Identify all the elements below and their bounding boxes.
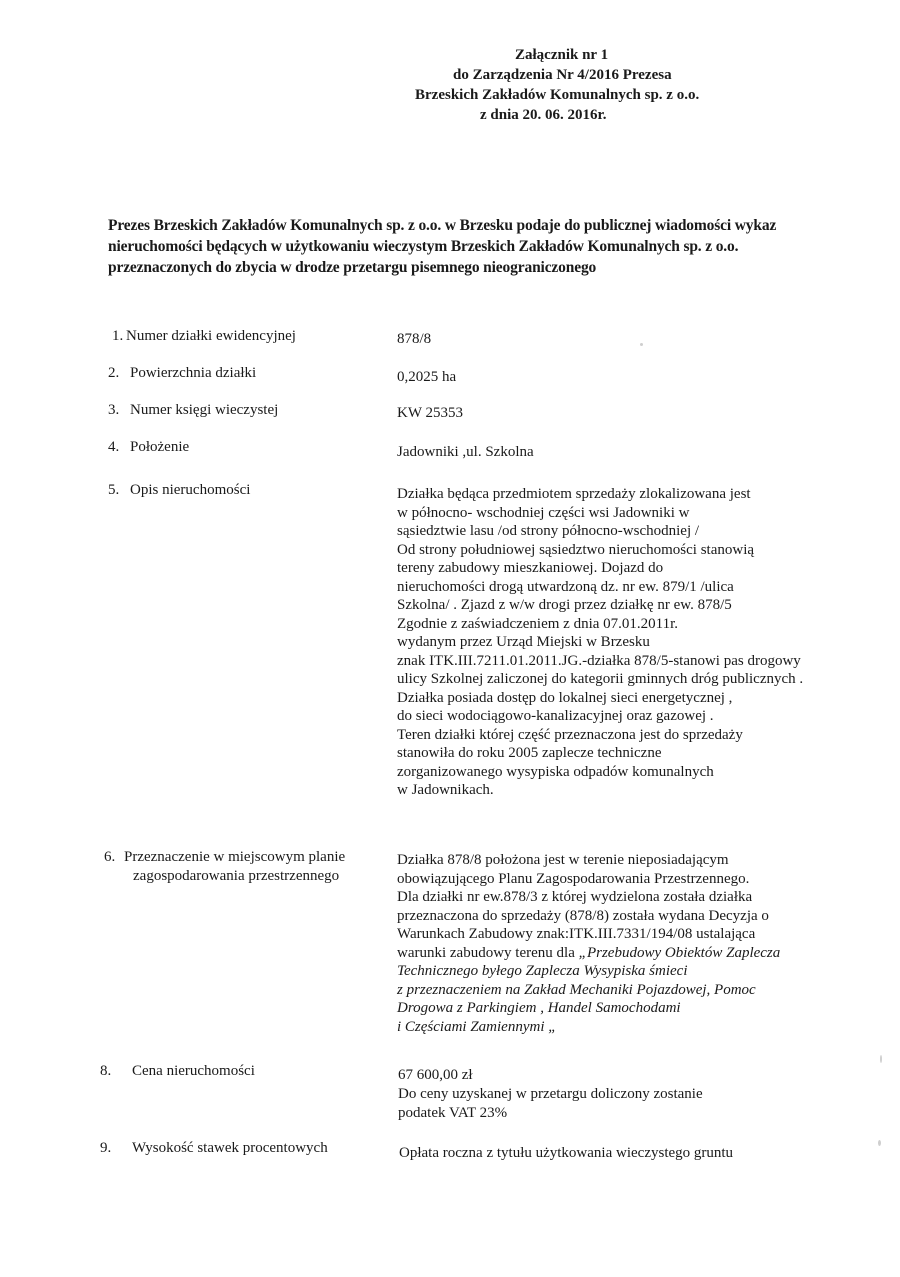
item-value: Jadowniki ,ul. Szkolna [397,443,534,462]
zoning-line: obowiązującego Planu Zagospodarowania Pr… [397,870,780,889]
item-label: Numer księgi wieczystej [130,401,278,420]
item-number: 2. [108,364,119,383]
desc-line: Działka posiada dostęp do lokalnej sieci… [397,689,803,708]
item-number: 6. [104,848,115,867]
desc-line: Od strony południowej sąsiedztwo nieruch… [397,541,803,560]
item-number: 9. [100,1139,111,1158]
zoning-italic-line: „Przebudowy Obiektów Zaplecza [579,945,781,961]
price-vat: podatek VAT 23% [398,1104,703,1123]
zoning-line: Działka 878/8 położona jest w terenie ni… [397,851,780,870]
item-number: 3. [108,401,119,420]
intro-line-1: Prezes Brzeskich Zakładów Komunalnych sp… [108,215,888,236]
item-number: 1. [112,327,123,346]
desc-line: tereny zabudowy mieszkaniowej. Dojazd do [397,559,803,578]
desc-line: Zgodnie z zaświadczeniem z dnia 07.01.20… [397,615,803,634]
zoning-italic-line: Technicznego byłego Zaplecza Wysypiska ś… [397,962,780,981]
zoning-line: Warunkach Zabudowy znak:ITK.III.7331/194… [397,925,780,944]
item-value: 0,2025 ha [397,368,456,387]
desc-line: ulicy Szkolnej zaliczonej do kategorii g… [397,670,803,689]
item-value: Działka będąca przedmiotem sprzedaży zlo… [397,485,803,800]
item-number: 8. [100,1062,111,1081]
item-label: Cena nieruchomości [132,1062,255,1081]
desc-line: stanowiła do roku 2005 zaplecze technicz… [397,744,803,763]
item-value: Działka 878/8 położona jest w terenie ni… [397,851,780,1036]
zoning-line: Dla działki nr ew.878/3 z której wydziel… [397,888,780,907]
zoning-italic-line: z przeznaczeniem na Zakład Mechaniki Poj… [397,981,780,1000]
zoning-italic-line: Drogowa z Parkingiem , Handel Samochodam… [397,999,780,1018]
desc-line: wydanym przez Urząd Miejski w Brzesku [397,633,803,652]
intro-paragraph: Prezes Brzeskich Zakładów Komunalnych sp… [108,215,888,278]
desc-line: w północno- wschodniej części wsi Jadown… [397,504,803,523]
scan-speck [880,1055,882,1063]
scan-speck [640,343,643,346]
intro-line-3: przeznaczonych do zbycia w drodze przeta… [108,257,888,278]
scan-speck [878,1140,881,1146]
desc-line: do sieci wodociągowo-kanalizacyjnej oraz… [397,707,803,726]
item-value: 67 600,00 zł Do ceny uzyskanej w przetar… [398,1066,703,1123]
item-number: 4. [108,438,119,457]
desc-line: Szkolna/ . Zjazd z w/w drogi przez dział… [397,596,803,615]
item-label: Numer działki ewidencyjnej [126,327,296,346]
zoning-line: przeznaczona do sprzedaży (878/8) został… [397,907,780,926]
item-value: 878/8 [397,330,431,349]
header-line-3: Brzeskich Zakładów Komunalnych sp. z o.o… [415,86,699,105]
header-line-2: do Zarządzenia Nr 4/2016 Prezesa [453,66,672,85]
desc-line: sąsiedztwie lasu /od strony północno-wsc… [397,522,803,541]
item-label: Wysokość stawek procentowych [132,1139,328,1158]
item-value: KW 25353 [397,404,463,423]
item-value: Opłata roczna z tytułu użytkowania wiecz… [399,1144,733,1163]
item-label: Przeznaczenie w miejscowym planie [124,848,345,867]
item-label: Powierzchnia działki [130,364,256,383]
desc-line: Teren działki której część przeznaczona … [397,726,803,745]
desc-line: w Jadownikach. [397,781,803,800]
desc-line: znak ITK.III.7211.01.2011.JG.-działka 87… [397,652,803,671]
zoning-italic-line: i Częściami Zamiennymi „ [397,1018,780,1037]
price-note: Do ceny uzyskanej w przetargu doliczony … [398,1085,703,1104]
desc-line: Działka będąca przedmiotem sprzedaży zlo… [397,485,803,504]
zoning-line: warunki zabudowy terenu dla [397,945,579,961]
item-label: Opis nieruchomości [130,481,250,500]
header-line-4: z dnia 20. 06. 2016r. [480,106,607,125]
desc-line: nieruchomości drogą utwardzoną dz. nr ew… [397,578,803,597]
intro-line-2: nieruchomości będących w użytkowaniu wie… [108,236,888,257]
desc-line: zorganizowanego wysypiska odpadów komuna… [397,763,803,782]
item-label: Położenie [130,438,189,457]
price-amount: 67 600,00 zł [398,1066,703,1085]
item-number: 5. [108,481,119,500]
header-line-1: Załącznik nr 1 [515,46,608,65]
item-label-continued: zagospodarowania przestrzennego [133,867,339,886]
